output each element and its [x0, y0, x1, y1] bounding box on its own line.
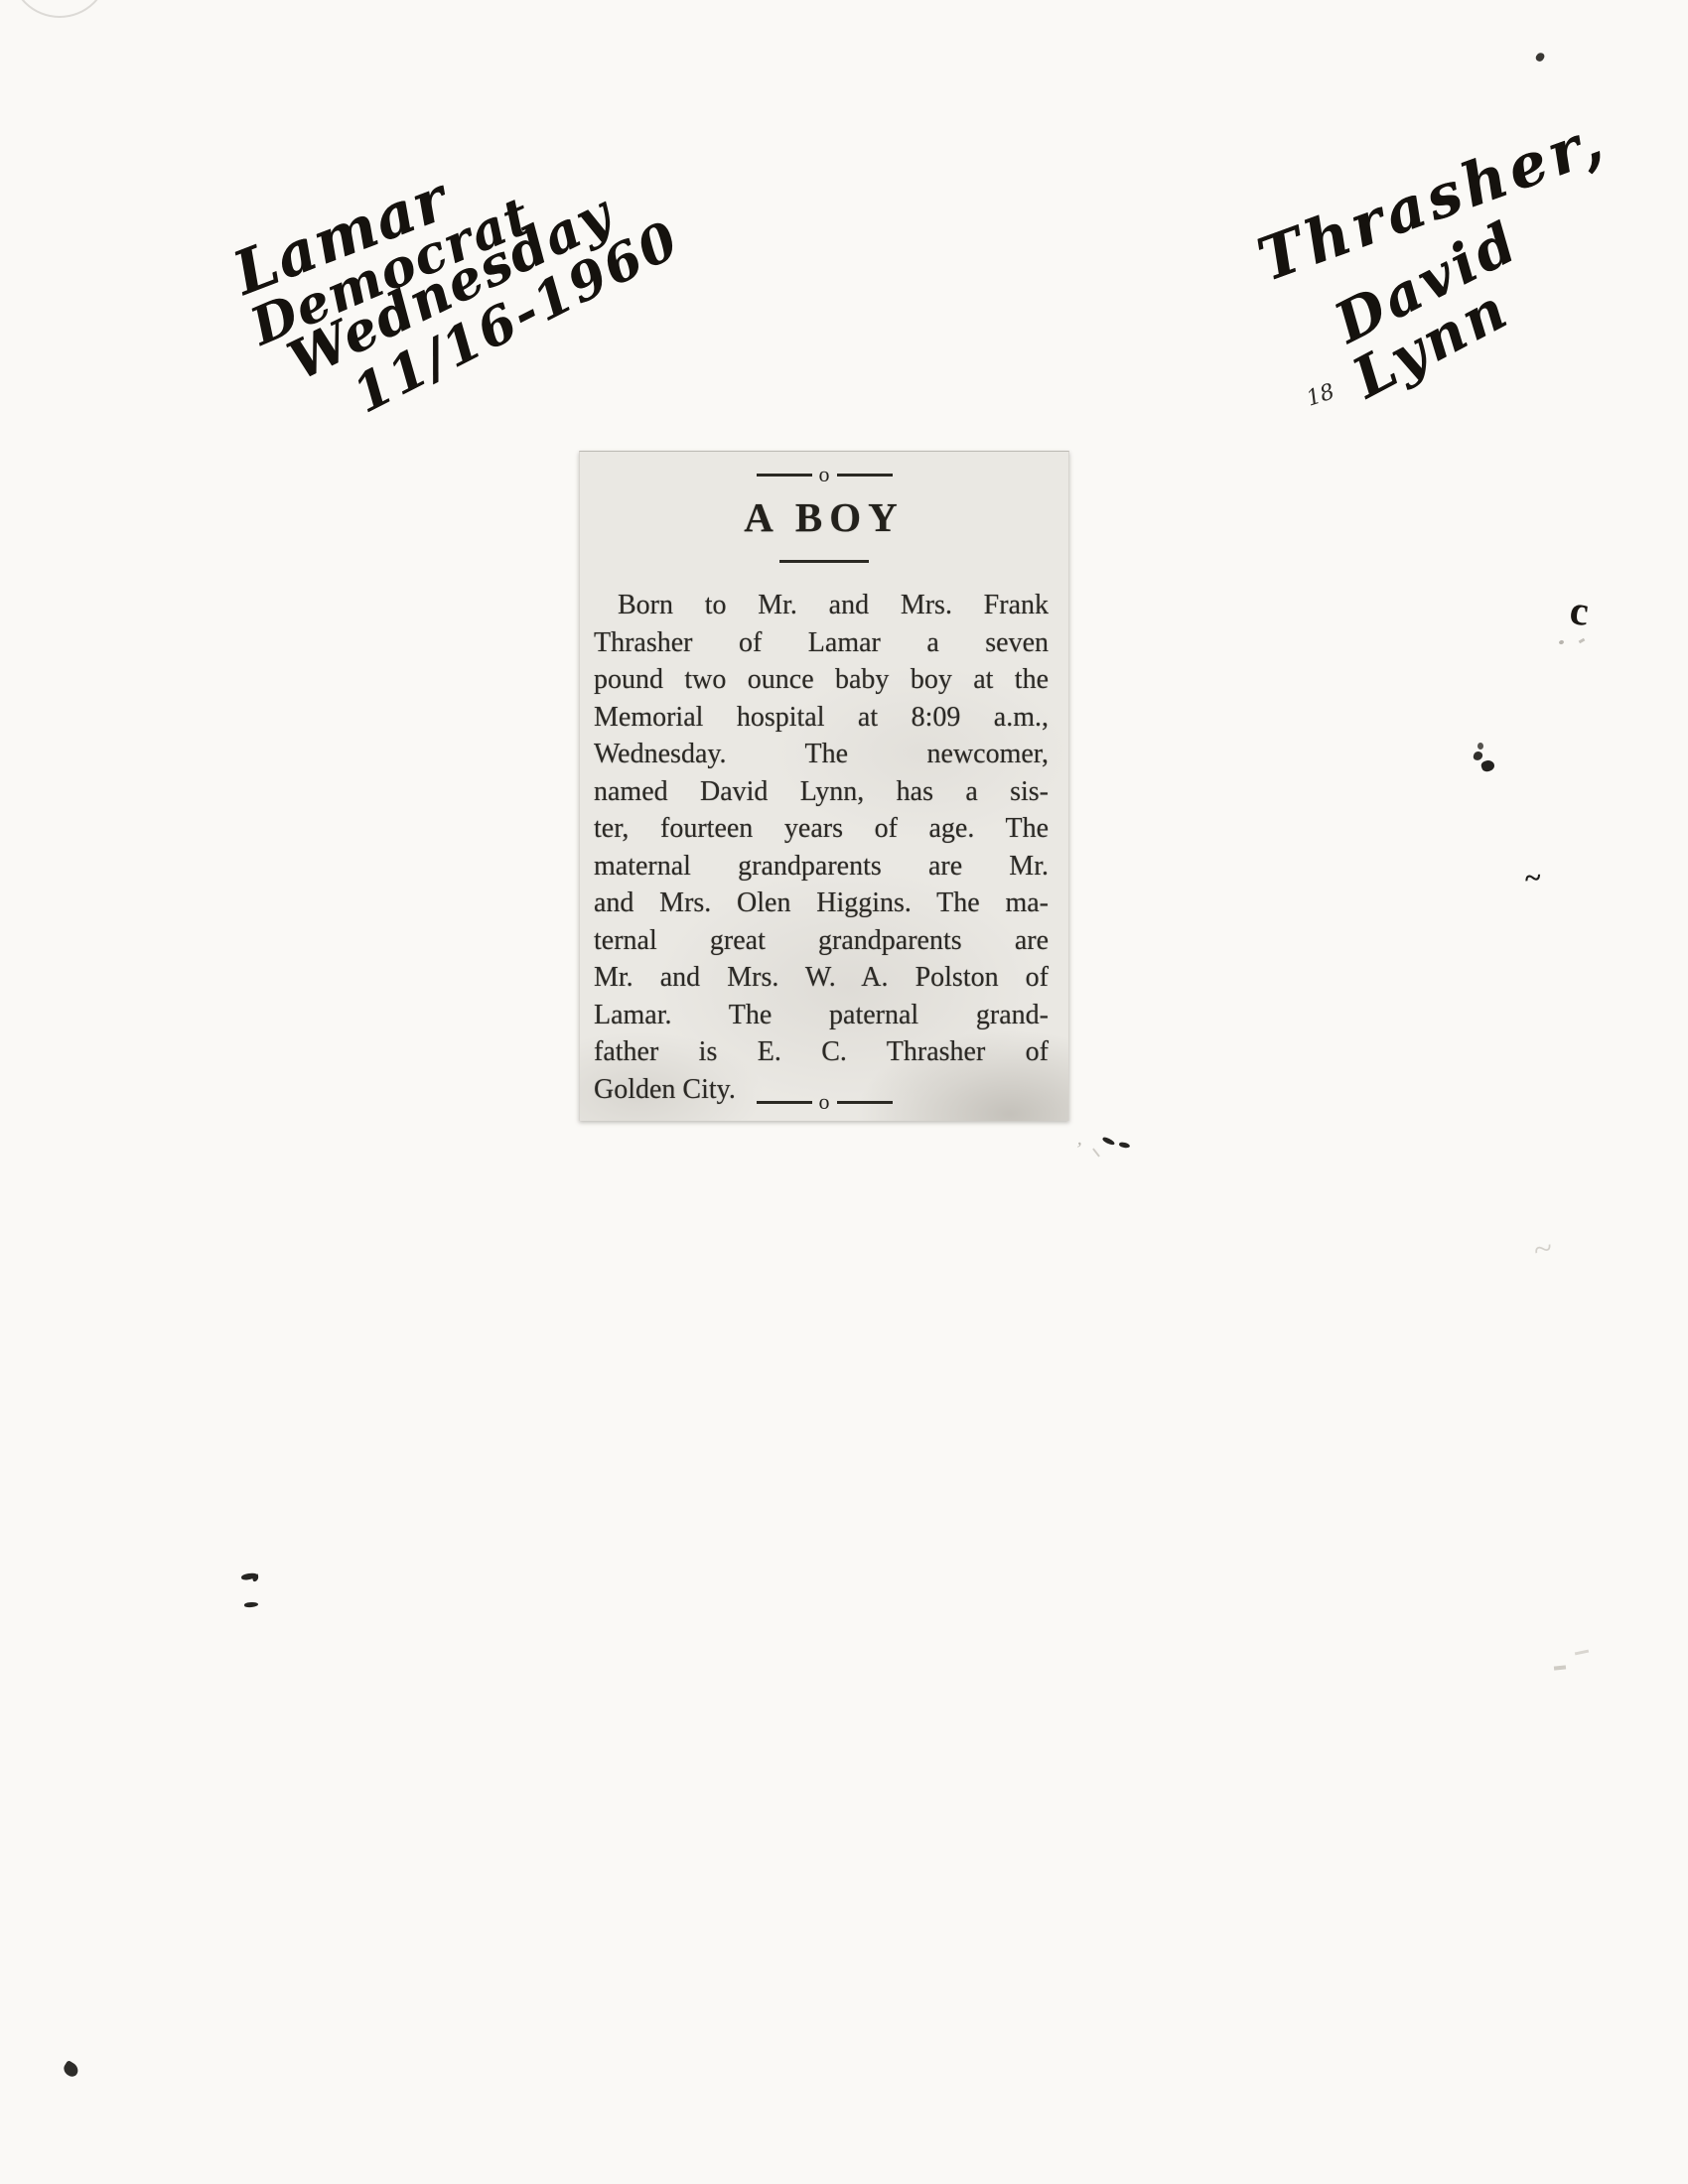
article-line: ternal great grandparents are: [594, 922, 1049, 960]
handwriting-line: Democrat: [242, 186, 541, 358]
margin-letter-c: c: [1568, 587, 1592, 636]
ink-speck: [1480, 758, 1496, 772]
headline-underline: [779, 560, 869, 563]
faint-squiggle: ~: [1530, 1230, 1556, 1271]
article-line: Memorial hospital at 8:09 a.m.,: [594, 699, 1049, 737]
punch-hole-arc: [10, 0, 109, 18]
article-line: Wednesday. The newcomer,: [594, 736, 1049, 773]
ink-speck-left: [244, 1602, 258, 1608]
ornament-line: [837, 474, 893, 477]
article-body: Born to Mr. and Mrs. FrankThrasher of La…: [594, 587, 1049, 1108]
article-line: Thrasher of Lamar a seven: [594, 624, 1049, 662]
faint-dash: [1575, 1650, 1589, 1656]
article-line: pound two ounce baby boy at the: [594, 661, 1049, 699]
ink-speck: [1477, 743, 1483, 750]
handwriting-line: Lamar: [224, 164, 458, 309]
ornament-line: [757, 1101, 812, 1104]
news-clipping: o A BOY Born to Mr. and Mrs. FrankThrash…: [579, 451, 1069, 1121]
article-line: ter, fourteen years of age. The: [594, 810, 1049, 848]
scanned-page: { "handwriting": { "top_left_lines": ["L…: [0, 0, 1688, 2184]
handwriting-line: David: [1325, 208, 1529, 356]
handwriting-line: Wednesday: [278, 182, 623, 393]
ink-speck: [1102, 1136, 1116, 1146]
ink-speck: [1119, 1142, 1131, 1149]
article-line: Mr. and Mrs. W. A. Polston of: [594, 959, 1049, 997]
article-line: named David Lynn, has a sis-: [594, 773, 1049, 811]
handwriting-line: 11/16-1960: [344, 209, 689, 426]
tiny-numeral-mark: 18: [1304, 379, 1337, 411]
ornament-circle: o: [819, 1095, 830, 1109]
ink-speck: [1558, 639, 1564, 644]
article-line: father is E. C. Thrasher of: [594, 1033, 1049, 1071]
handwriting-line: Lynn: [1342, 275, 1520, 411]
article-line: and Mrs. Olen Higgins. The ma-: [594, 885, 1049, 922]
ornament-line: [757, 474, 812, 477]
ornament-circle: o: [819, 468, 830, 481]
ink-speck-left: [241, 1572, 258, 1581]
ink-speck-bottom-left: [62, 2060, 81, 2079]
faint-apostrophe: ’: [1073, 1139, 1083, 1162]
clipping-headline: A BOY: [580, 493, 1068, 541]
ornament-divider-top: o: [580, 468, 1068, 481]
ink-tilde-mark: ~: [1524, 861, 1542, 895]
ink-speck: [1579, 638, 1586, 644]
ornament-divider-bottom: o: [580, 1095, 1068, 1109]
ornament-line: [837, 1101, 893, 1104]
handwriting-line: Thrasher,: [1249, 105, 1616, 295]
article-line: maternal grandparents are Mr.: [594, 848, 1049, 886]
faint-slash: [1092, 1148, 1100, 1157]
article-line: Lamar. The paternal grand-: [594, 997, 1049, 1034]
ink-speck: [1473, 751, 1483, 761]
article-line: Born to Mr. and Mrs. Frank: [594, 587, 1049, 624]
ink-speck-top-right: [1535, 52, 1546, 63]
faint-dash: [1554, 1665, 1566, 1670]
